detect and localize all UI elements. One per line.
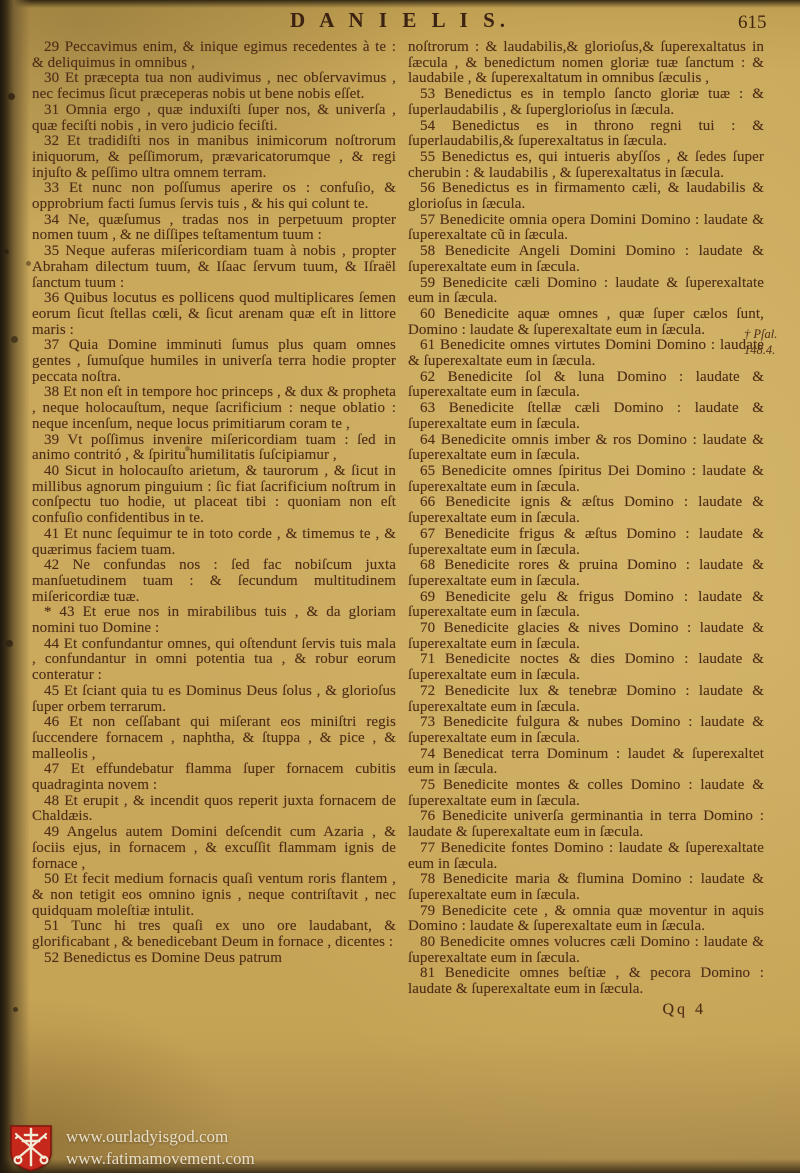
verse-number: 50 xyxy=(44,871,64,887)
verse-number: 64 xyxy=(420,432,441,448)
verse-62: 62 Benedicite ſol & luna Domino : laudat… xyxy=(408,370,764,401)
verse-36: 36 Quibus locutus es pollicens quod mult… xyxy=(32,291,396,338)
verse-34: 34 Ne, quæſumus , tradas nos in perpetuu… xyxy=(32,213,396,244)
verse-number: 63 xyxy=(420,400,449,416)
verse-49: 49 Angelus autem Domini deſcendit cum Az… xyxy=(32,825,396,872)
verse-number: 74 xyxy=(420,746,443,762)
verse-asterisk-mark: * xyxy=(44,604,59,620)
verse-number: 79 xyxy=(420,903,442,919)
verse-number: 34 xyxy=(44,212,68,228)
marginal-note-reference: 148.4. xyxy=(744,342,798,358)
book-page-scan: D A N I E L I S. 615 29 Peccavimus enim,… xyxy=(0,0,800,1173)
verse-61: 61 Benedicite omnes virtutes Domini Domi… xyxy=(408,338,764,369)
binding-shadow xyxy=(0,0,30,1173)
verse-number: 75 xyxy=(420,777,443,793)
verse-72: 72 Benedicite lux & tenebræ Domino : lau… xyxy=(408,684,764,715)
verse-41: 41 Et nunc ſequimur te in toto corde , &… xyxy=(32,527,396,558)
verse-number: 33 xyxy=(44,180,69,196)
verse-71: 71 Benedicite noctes & dies Domino : lau… xyxy=(408,652,764,683)
verse-number: 77 xyxy=(420,840,441,856)
verse-number: 48 xyxy=(44,793,64,809)
verse-59: 59 Benedicite cæli Domino : laudate & ſu… xyxy=(408,276,764,307)
verse-39: 39 Vt poſſimus invenire miſericordiam tu… xyxy=(32,433,396,464)
signature-mark: Qq 4 xyxy=(408,1002,764,1018)
verse-number: 47 xyxy=(44,761,71,777)
text-column-left: 29 Peccavimus enim, & inique egimus rece… xyxy=(32,40,396,966)
verse-42: 42 Ne confundas nos : ſed fac nobiſcum j… xyxy=(32,558,396,605)
verse-number: 54 xyxy=(420,118,452,134)
verse-63: 63 Benedicite ſtellæ cæli Domino : lauda… xyxy=(408,401,764,432)
verse-number: 35 xyxy=(44,243,65,259)
verse-54: 54 Benedictus es in throno regni tui : &… xyxy=(408,119,764,150)
verse-number: 70 xyxy=(420,620,444,636)
verse-67: 67 Benedicite frigus & æſtus Domino : la… xyxy=(408,527,764,558)
verse-78: 78 Benedicite maria & flumina Domino : l… xyxy=(408,872,764,903)
verse-75: 75 Benedicite montes & colles Domino : l… xyxy=(408,778,764,809)
watermark: www.ourladyisgod.com www.fatimamovement.… xyxy=(8,1124,255,1172)
verse-35: 35 Neque auferas miſericordiam tuam à no… xyxy=(32,244,396,291)
verse-number: 40 xyxy=(44,463,65,479)
verse-number: 46 xyxy=(44,714,69,730)
page-number: 615 xyxy=(738,12,767,34)
verse-number: 43 xyxy=(59,604,82,620)
verse-number: 55 xyxy=(420,149,442,165)
verse-number: 58 xyxy=(420,243,445,259)
verse-56: 56 Benedictus es in firmamento cæli, & l… xyxy=(408,181,764,212)
verse-38: 38 Et non eſt in tempore hoc princeps , … xyxy=(32,385,396,432)
verse-29: 29 Peccavimus enim, & inique egimus rece… xyxy=(32,40,396,71)
verse-69: 69 Benedicite gelu & frigus Domino : lau… xyxy=(408,590,764,621)
verse-58: 58 Benedicite Angeli Domini Domino : lau… xyxy=(408,244,764,275)
verse-number: 67 xyxy=(420,526,445,542)
verse-number: 38 xyxy=(44,384,63,400)
running-title: D A N I E L I S. xyxy=(0,8,800,33)
text-column-right: noſtrorum : & laudabilis,& glorioſus,& ſ… xyxy=(408,40,764,1018)
verse-48: 48 Et erupit , & incendit quos reperit j… xyxy=(32,794,396,825)
verse-79: 79 Benedicite cete , & omnia quæ moventu… xyxy=(408,904,764,935)
verse-number: 60 xyxy=(420,306,444,322)
verse-51: 51 Tunc hi tres quaſi ex uno ore laudaba… xyxy=(32,919,396,950)
verse-number: 68 xyxy=(420,557,444,573)
marginal-cross-reference: † Pſal. 148.4. xyxy=(744,326,798,358)
verse-46: 46 Et non ceſſabant qui miſerant eos min… xyxy=(32,715,396,762)
verse-33: 33 Et nunc non poſſumus aperire os : con… xyxy=(32,181,396,212)
verse-77: 77 Benedicite fontes Domino : laudate & … xyxy=(408,841,764,872)
verse-76: 76 Benedicite univerſa germinantia in te… xyxy=(408,809,764,840)
verse-number: 73 xyxy=(420,714,443,730)
verse-32: 32 Et tradidiſti nos in manibus inimicor… xyxy=(32,134,396,181)
verse-65: 65 Benedicite omnes ſpiritus Dei Domino … xyxy=(408,464,764,495)
verse-number: 29 xyxy=(44,39,65,55)
verse-number: 53 xyxy=(420,86,444,102)
verse-number: 59 xyxy=(420,275,442,291)
verse-number: 36 xyxy=(44,290,64,306)
verse-number: 30 xyxy=(44,70,65,86)
verse-44: 44 Et confundantur omnes, qui oſtendunt … xyxy=(32,637,396,684)
verse-number: 44 xyxy=(44,636,64,652)
verse-30: 30 Et præcepta tua non audivimus , nec o… xyxy=(32,71,396,102)
watermark-url-2: www.fatimamovement.com xyxy=(66,1148,255,1170)
watermark-urls: www.ourladyisgod.com www.fatimamovement.… xyxy=(66,1126,255,1170)
verse-40: 40 Sicut in holocauſto arietum, & tauror… xyxy=(32,464,396,527)
verse-45: 45 Et ſciant quia tu es Dominus Deus ſol… xyxy=(32,684,396,715)
verse-number: 81 xyxy=(420,965,445,981)
verse-55: 55 Benedictus es, qui intueris abyſſos ,… xyxy=(408,150,764,181)
verse-53: 53 Benedictus es in templo ſancto gloriæ… xyxy=(408,87,764,118)
verse-number: 62 xyxy=(420,369,448,385)
verse-60: 60 Benedicite aquæ omnes , quæ ſuper cæl… xyxy=(408,307,764,338)
verse-number: 37 xyxy=(44,337,69,353)
verse-50: 50 Et fecit medium fornacis quaſi ventum… xyxy=(32,872,396,919)
verse-number: 69 xyxy=(420,589,445,605)
verse-number: 52 xyxy=(44,950,63,966)
verse-64: 64 Benedicite omnis imber & ros Domino :… xyxy=(408,433,764,464)
page-edge-top xyxy=(0,0,800,8)
verse-70: 70 Benedicite glacies & nives Domino : l… xyxy=(408,621,764,652)
verse-number: 78 xyxy=(420,871,443,887)
verse-80: 80 Benedicite omnes volucres cæli Domino… xyxy=(408,935,764,966)
verse-66: 66 Benedicite ignis & æſtus Domino : lau… xyxy=(408,495,764,526)
verse-number: 76 xyxy=(420,808,442,824)
verse-31: 31 Omnia ergo , quæ induxiſti ſuper nos,… xyxy=(32,103,396,134)
verse-number: 80 xyxy=(420,934,440,950)
ink-specks xyxy=(0,0,3,3)
verse-number: 41 xyxy=(44,526,64,542)
verse-number: 39 xyxy=(44,432,67,448)
verse-37: 37 Quia Domine imminuti ſumus plus quam … xyxy=(32,338,396,385)
verse-number: 49 xyxy=(44,824,67,840)
verse-43: * 43 Et erue nos in mirabilibus tuis , &… xyxy=(32,605,396,636)
verse-number: 61 xyxy=(420,337,440,353)
verse-52: 52 Benedictus es Domine Deus patrum xyxy=(32,951,396,967)
verse-number: 57 xyxy=(420,212,440,228)
verse-68: 68 Benedicite rores & pruina Domino : la… xyxy=(408,558,764,589)
verse-number: 56 xyxy=(420,180,442,196)
verse-number: 31 xyxy=(44,102,66,118)
marginal-note-symbol: † Pſal. xyxy=(744,326,798,342)
verse-number: 32 xyxy=(44,133,67,149)
watermark-url-1: www.ourladyisgod.com xyxy=(66,1126,255,1148)
verse-number: 42 xyxy=(44,557,72,573)
verse-47: 47 Et effundebatur flamma ſuper fornacem… xyxy=(32,762,396,793)
verse-number: 65 xyxy=(420,463,441,479)
verse-74: 74 Benedicat terra Dominum : laudet & ſu… xyxy=(408,747,764,778)
verse-number: 71 xyxy=(420,651,445,667)
verse-81: 81 Benedicite omnes beſtiæ , & pecora Do… xyxy=(408,966,764,997)
crossed-keys-shield-icon xyxy=(8,1124,54,1172)
verse-number: 51 xyxy=(44,918,71,934)
verse-continuation: noſtrorum : & laudabilis,& glorioſus,& ſ… xyxy=(408,40,764,87)
verse-73: 73 Benedicite fulgura & nubes Domino : l… xyxy=(408,715,764,746)
verse-number: 72 xyxy=(420,683,445,699)
verse-number: 66 xyxy=(420,494,445,510)
verse-57: 57 Benedicite omnia opera Domini Domino … xyxy=(408,213,764,244)
verse-number: 45 xyxy=(44,683,64,699)
